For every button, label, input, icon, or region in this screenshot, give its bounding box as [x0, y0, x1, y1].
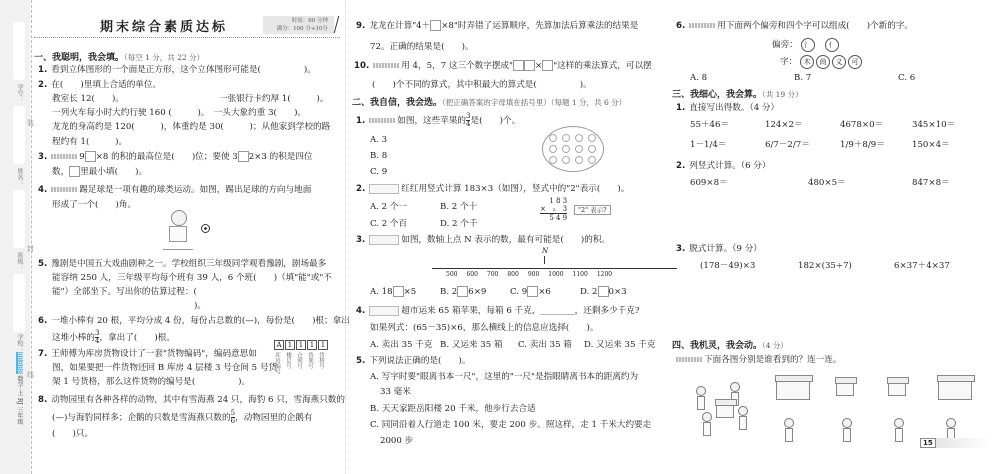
name-label: 姓名：	[15, 168, 24, 186]
column-left: 期末综合素质达标 时间：60 分钟 满分：100 分+10分 一、我聪明，我会填…	[34, 0, 340, 474]
school-field[interactable]	[13, 274, 25, 332]
option-c: C. 同同沿着人行道走 100 米，要走 200 步。照这样，走 1 千米大约要…	[370, 419, 651, 431]
question-2a: 教室长 12( )。	[52, 93, 124, 105]
question-6b: 这堆小棒的34，拿出了( )根。	[52, 330, 175, 345]
option-d: D. 又运来 35 千克	[584, 339, 655, 351]
question-10: 10.用 4，5，7 这三个数字摆成"×"这样的乘法算式，可以摆	[354, 60, 652, 72]
vertical-multiplication: 1 8 3 × ₂ 3 5 4 9 "2" 表示?	[540, 197, 567, 222]
tag-icon	[676, 357, 702, 362]
calc-item: 1/9＋8/9＝	[840, 139, 885, 151]
question-9: 9.龙龙在计算"4＋×8"时弄错了运算顺序，先算加法后算乘法的结果是	[356, 20, 638, 32]
s2-question-6: 6.用下面两个偏旁和四个字可以组成( )个新的字。	[676, 20, 913, 32]
class-field[interactable]	[13, 190, 25, 248]
calc-item: 847×8＝	[912, 177, 950, 189]
blank-box[interactable]	[238, 151, 249, 162]
option-b: B. 8	[370, 150, 387, 162]
option-b: B. 天天家距岳阳楼 20 千米，他步行去合适	[370, 403, 536, 415]
student-id-field[interactable]	[13, 22, 25, 80]
house-icon	[716, 404, 734, 418]
calc-item: 150×4＝	[912, 139, 950, 151]
s2-question-1: 1.如图，这些苹果的34是( )个。	[356, 113, 520, 128]
tag-icon	[369, 306, 399, 316]
child-figure	[696, 386, 706, 412]
s2-question-4: 4.超市运来 65 箱苹果，每箱 6 千克，________，还剩多少千克?	[356, 305, 639, 317]
point-n-arrow	[544, 256, 545, 264]
s3-question-3: 3.脱式计算。（9 分）	[676, 243, 762, 255]
question-3: 3.9×8 的积的最高位是( )位；要使 32×3 的积是四位	[38, 151, 313, 163]
apple-icon	[562, 156, 570, 164]
option-a: A. 8	[690, 72, 707, 84]
column-middle: 9.龙龙在计算"4＋×8"时弄错了运算顺序，先算加法后算乘法的结果是 72。正确…	[352, 0, 664, 474]
apple-icon	[549, 156, 557, 164]
full-score: 满分：100 分+10分	[277, 25, 328, 33]
house-view-side-icon	[836, 382, 854, 396]
question-7b: 图，如果要把一件货物还回 B 库房 4 层楼 3 号仓间 5 号货	[52, 362, 277, 374]
option-c: C. 6	[898, 72, 915, 84]
calc-item: 4678×0＝	[840, 119, 883, 131]
calc-item: 182×(35÷7)	[798, 260, 852, 272]
tag-icon	[689, 23, 715, 28]
decorative-slash	[334, 16, 343, 33]
calc-item: 609×8＝	[690, 177, 728, 189]
apple-icon	[588, 134, 596, 142]
calc-item: 6×37＋4×37	[894, 260, 950, 272]
blank-box[interactable]	[524, 60, 535, 71]
apple-icon	[549, 134, 557, 142]
question-2e: 程约有 1( )。	[52, 136, 127, 148]
option-b: B. 26×9	[440, 286, 486, 298]
exam-page: 学号： 姓名： 班级： 学校： BBBBB 数学 上 RJ 三年级 装 封 线 …	[0, 0, 1000, 474]
apple-icon	[588, 145, 596, 153]
calc-item: 480×5＝	[808, 177, 846, 189]
point-n-label: N	[542, 247, 548, 255]
question-8c: ( )只。	[52, 428, 93, 440]
apples-illustration	[542, 126, 604, 172]
class-label: 班级：	[15, 252, 24, 270]
blank-box	[457, 286, 468, 297]
tag-icon	[51, 187, 77, 192]
cut-mark: 装	[27, 118, 34, 128]
question-4b: 形成了一个( )角。	[52, 199, 136, 211]
question-2: 2.在( )里填上合适的单位。	[38, 79, 161, 91]
page-number: 15	[920, 438, 990, 448]
cut-mark: 线	[27, 370, 34, 380]
house-view-back-icon	[938, 380, 972, 400]
question-8: 8.动物园里有各种各样的动物，其中有雪海燕 24 只，海豹 6 只，雪海燕只数的	[38, 394, 345, 406]
name-field[interactable]	[13, 106, 25, 164]
blank-box[interactable]	[513, 60, 524, 71]
house-view-side-icon	[888, 382, 906, 396]
question-7c: 架 1 号货格，那么这件货物的编号是( )。	[52, 376, 250, 388]
option-a: A. 3	[370, 134, 387, 146]
option-b: B. 2 个十	[440, 201, 477, 213]
s2-question-3: 3.如图，数轴上点 N 表示的数，最有可能是( )的积。	[356, 234, 610, 246]
cut-mark: 封	[27, 244, 34, 254]
number-line: 500600700800900100011001200	[432, 265, 682, 279]
s3-question-1: 1.直接写出得数。（4 分）	[676, 102, 779, 114]
section-4-heading: 四、我机灵，我会动。（4 分）	[672, 338, 788, 351]
s2-question-4b: 如果列式：(65－35)×6，那么横线上的信息应选择( )。	[370, 322, 598, 334]
blank-box[interactable]	[69, 166, 80, 177]
time-limit: 时间：60 分钟	[277, 17, 328, 25]
option-a-cont: 33 毫米	[380, 386, 411, 398]
section-2-heading: 二、我自信，我会选。（把正确答案的字母填在括号里）（每题 1 分，共 6 分）	[352, 95, 626, 108]
exam-meta: 时间：60 分钟 满分：100 分+10分	[263, 16, 334, 34]
apple-icon	[575, 134, 583, 142]
house-view-front-icon	[776, 380, 810, 400]
calc-item: 1－1/4＝	[690, 139, 727, 151]
blank-box[interactable]	[542, 60, 553, 71]
child-figure	[784, 418, 794, 444]
option-d: D. 2 个千	[440, 218, 477, 230]
binding-strip: 学号： 姓名： 班级： 学校： BBBBB 数学 上 RJ 三年级	[0, 0, 30, 474]
option-d: D. 20×3	[580, 286, 627, 298]
question-5b: 能容纳 250 人，三年级平均每个班有 39 人，6 个班( )（填"能"或"不	[52, 272, 332, 284]
radicals-row: 偏旁： 氵 亻	[772, 38, 841, 52]
child-figure	[702, 412, 712, 438]
blank-box	[527, 286, 538, 297]
hint-callout: "2" 表示?	[574, 205, 611, 215]
tag-icon	[373, 63, 399, 68]
option-a: A. 18×5	[370, 286, 416, 298]
child-figure	[894, 418, 904, 444]
question-6: 6.一堆小棒有 20 根，平均分成 4 份，每份占总数的(—)，每份是( )根；…	[38, 315, 350, 327]
question-5c: 能"）全部坐下。写出你的估算过程：(	[52, 286, 197, 298]
question-5d: )。	[194, 300, 206, 312]
apple-icon	[575, 145, 583, 153]
child-figure	[738, 406, 748, 432]
cargo-code-diagram: A1111 库房编号楼层号仓间号货架号货格号	[274, 340, 329, 374]
question-7: 7.王师傅为库房货物设计了一套"货物编码"，编码意思如	[38, 348, 257, 360]
calc-item: 345×10＝	[912, 119, 955, 131]
tag-icon	[369, 235, 399, 245]
blank-box[interactable]	[85, 151, 96, 162]
option-b: B. 7	[794, 72, 811, 84]
option-a: A. 卖出 35 千克	[370, 339, 432, 351]
s4-question: 下面各图分别是谁看到的？连一连。	[676, 354, 842, 366]
column-right: 6.用下面两个偏旁和四个字可以组成( )个新的字。 偏旁： 氵 亻 字： 木尚义…	[672, 0, 994, 474]
column-divider	[345, 0, 346, 474]
option-a: A. 写字时要"眼离书本一尺"，这里的"一尺"是指眼睛离书本的距离约为	[370, 371, 638, 383]
soccer-boy-illustration	[159, 210, 214, 254]
apple-icon	[588, 156, 596, 164]
section-3-heading: 三、我细心，我会算。（共 19 分）	[672, 87, 803, 100]
blank-box	[598, 286, 609, 297]
tag-icon	[369, 184, 399, 194]
tag-icon	[369, 118, 395, 123]
child-figure	[842, 418, 852, 444]
blank-box[interactable]	[430, 20, 441, 31]
option-c-cont: 2000 步	[380, 435, 413, 447]
school-label: 学校：	[15, 334, 24, 352]
blank-box	[393, 286, 404, 297]
option-c: C. 9	[370, 166, 387, 178]
question-1: 1.看到立体图形的一个面是正方形，这个立体图形可能是( )。	[38, 64, 316, 76]
question-5: 5.豫剧是中国五大戏曲剧种之一。学校组织三年级同学观看豫剧，剧场最多	[38, 258, 326, 270]
question-2b: 一张银行卡约厚 1( )。	[219, 93, 328, 105]
option-c: C. 2 个百	[370, 218, 407, 230]
page-title: 期末综合素质达标	[100, 16, 228, 35]
calc-item: 55＋46＝	[690, 119, 729, 131]
s2-question-5: 5.下列说法正确的是( )。	[356, 355, 471, 367]
question-8b: (—)与海豹同样多；企鹅的只数是雪海燕只数的56，动物园里的企鹅有	[52, 410, 312, 425]
title-bar: 期末综合素质达标 时间：60 分钟 满分：100 分+10分	[34, 14, 340, 38]
student-id-label: 学号：	[15, 84, 24, 102]
section-1-heading: 一、我聪明，我会填。（每空 1 分，共 22 分）	[34, 50, 204, 63]
question-10b: ( )个不同的算式，其中积最大的算式是( )。	[372, 79, 592, 91]
apple-icon	[562, 145, 570, 153]
question-2c: 一列火车每小时大约行驶 160 ( )。 一头大象约重 3( )。	[52, 107, 306, 119]
option-c: C. 9×6	[510, 286, 551, 298]
cut-line	[31, 0, 32, 474]
s2-question-2: 2.红红用竖式计算 183×3（如图），竖式中的"2"表示( )。	[356, 183, 629, 195]
apple-icon	[575, 156, 583, 164]
series-brand: BBBBB 数学 上 RJ 三年级	[15, 352, 24, 425]
option-a: A. 2 个一	[370, 201, 407, 213]
s3-question-2: 2.列竖式计算。（6 分）	[676, 160, 771, 172]
question-4: 4.踢足球是一项有趣的球类运动。如图，踢出足球的方向与地面	[38, 184, 311, 196]
calc-item: (178－49)×3	[700, 260, 755, 272]
question-3b: 数，里最小填( )。	[52, 166, 147, 178]
apple-icon	[549, 145, 557, 153]
question-2d: 龙龙的身高约是 120( )，体重约是 30( )；从他家到学校的路	[52, 121, 330, 133]
characters-row: 字： 木尚义可	[780, 55, 864, 69]
question-9b: 72。正确的结果是( )。	[370, 41, 474, 53]
apple-icon	[562, 134, 570, 142]
soccer-ball-icon	[201, 224, 210, 233]
tag-icon	[51, 154, 77, 159]
option-c: C. 卖出 35 箱	[518, 339, 572, 351]
option-b: B. 又运来 35 箱	[440, 339, 503, 351]
calc-item: 124×2＝	[765, 119, 803, 131]
calc-item: 6/7－2/7＝	[765, 139, 810, 151]
